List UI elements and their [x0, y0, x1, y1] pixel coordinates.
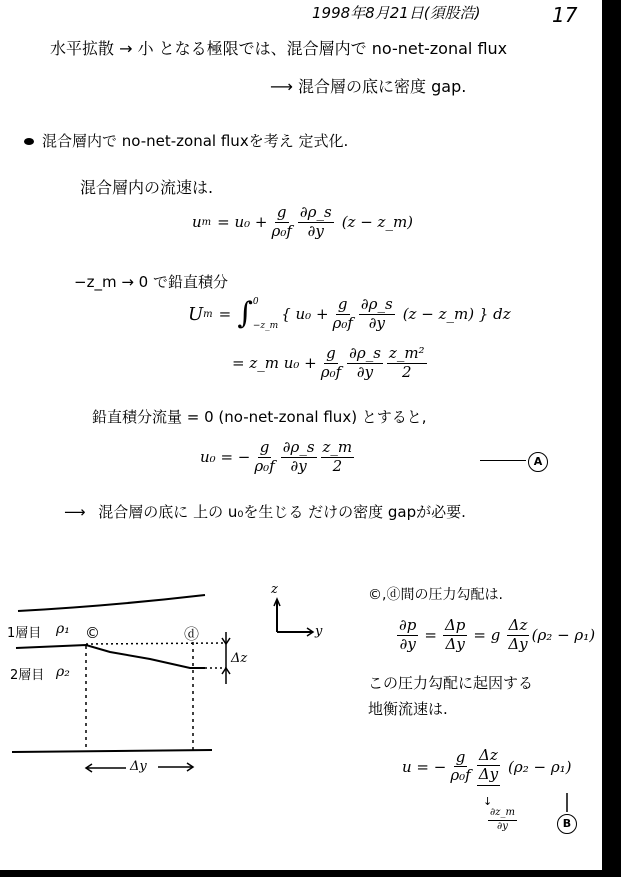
- pressure-gradient-label: ©,ⓓ間の圧力勾配は.: [368, 588, 503, 602]
- frac-num: ∂p: [397, 618, 418, 636]
- frac-num: Δp: [443, 618, 467, 636]
- layer2-density: ρ₂: [56, 664, 70, 680]
- equals: =: [424, 626, 437, 644]
- frac-num: Δz: [477, 748, 500, 766]
- axis-z-label: z: [271, 582, 278, 597]
- fraction-underbraced: ΔzΔy: [477, 748, 500, 786]
- equation-pressure-gradient: ∂p∂y = ΔpΔy = g ΔzΔy (ρ₂ − ρ₁): [395, 618, 595, 653]
- delta-y-label: Δy: [130, 759, 147, 774]
- fraction: ΔzΔy: [506, 618, 529, 653]
- cause-line-2: 地衡流速は.: [368, 702, 448, 717]
- density-difference: (ρ₂ − ρ₁): [532, 626, 595, 644]
- cause-line-1: この圧力勾配に起因する: [368, 676, 533, 691]
- fraction: gρ₀f: [448, 750, 472, 785]
- equals-g: = g: [473, 626, 500, 644]
- frac-den: Δy: [477, 766, 500, 783]
- circled-B-icon: B: [557, 814, 577, 834]
- fraction: ΔpΔy: [443, 618, 467, 653]
- eq-u-lhs: u = −: [402, 758, 446, 776]
- frac-num: Δz: [507, 618, 530, 636]
- fraction: ∂p∂y: [397, 618, 418, 653]
- frac-den: ρ₀f: [448, 767, 472, 784]
- equation-tag-B: B: [557, 812, 577, 834]
- layer1-label: 1層目: [7, 622, 41, 641]
- frac-num: g: [454, 750, 468, 768]
- frac-den: Δy: [444, 636, 467, 653]
- frac-num: ∂z_m: [488, 808, 517, 821]
- down-arrow-icon: ↓: [483, 796, 492, 807]
- density-difference: (ρ₂ − ρ₁): [508, 758, 571, 776]
- point-d-label: ⓓ: [184, 623, 199, 644]
- equation-geostrophic-u: u = − gρ₀f ΔzΔy (ρ₂ − ρ₁): [402, 748, 572, 786]
- substitution-fraction: ∂z_m∂y: [486, 808, 519, 832]
- frac-den: ∂y: [398, 636, 418, 653]
- layer2-label: 2層目: [10, 664, 44, 683]
- point-c-label: ©: [85, 624, 100, 642]
- axis-y-label: y: [315, 624, 322, 639]
- frac-den: ∂y: [495, 821, 510, 833]
- frac-den: Δy: [506, 636, 529, 653]
- layer1-density: ρ₁: [56, 621, 70, 637]
- delta-z-label: Δz: [231, 651, 247, 666]
- layer-diagram: [0, 0, 602, 870]
- notebook-page: 1998年8月21日(須股浩) 17 水平拡散 → 小 となる極限では、混合層内…: [0, 0, 602, 870]
- fraction: ∂z_m∂y: [488, 808, 517, 832]
